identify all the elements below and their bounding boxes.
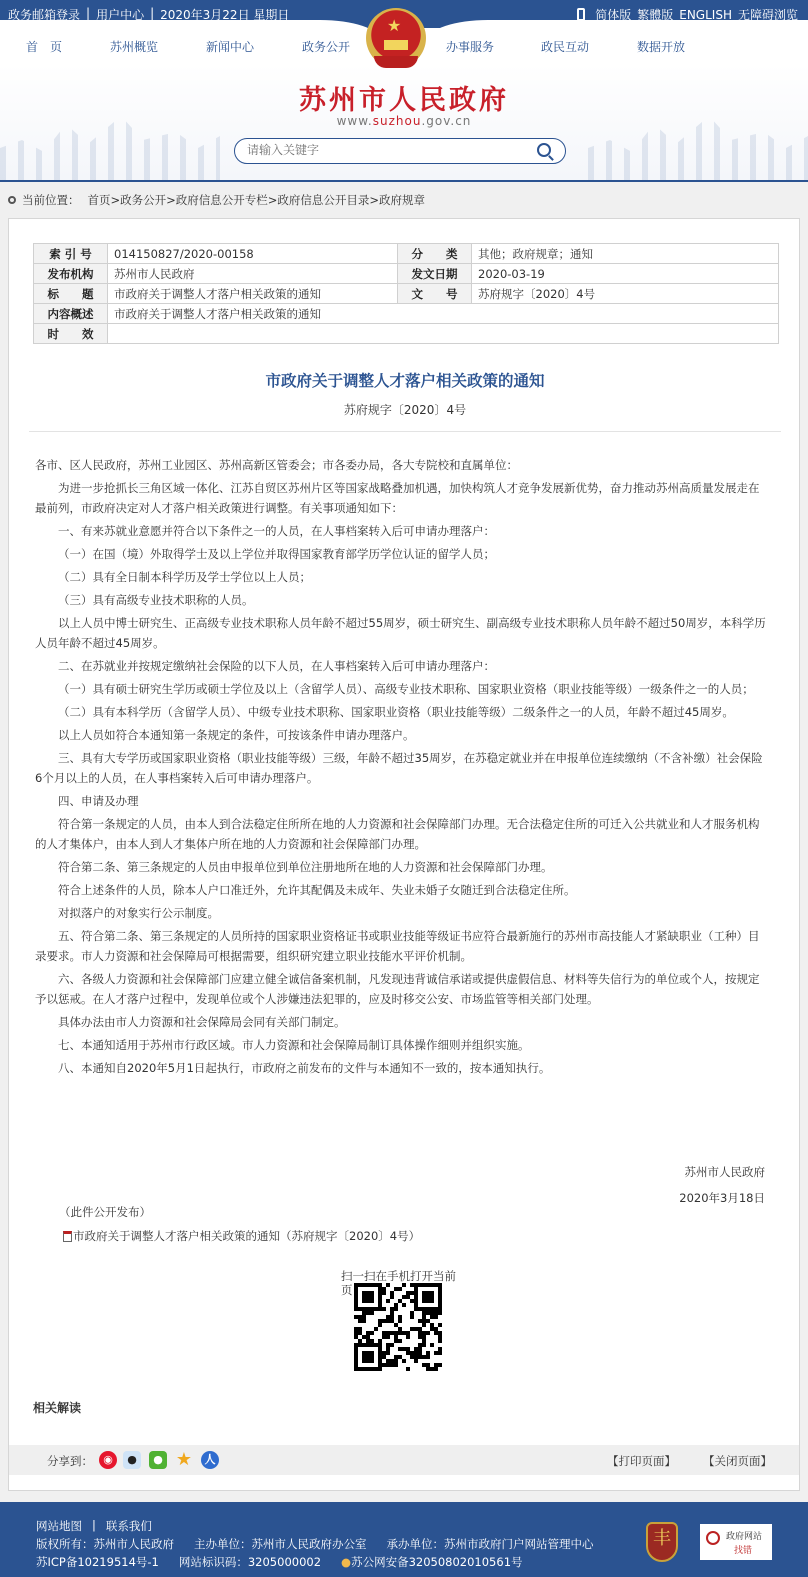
- title-label: 标 题: [34, 284, 108, 304]
- category-label: 分 类: [398, 244, 472, 264]
- site-footer: 网站地图 | 联系我们 版权所有：苏州市人民政府 主办单位：苏州市人民政府办公室…: [0, 1502, 808, 1577]
- nav-interaction[interactable]: 政民互动: [541, 38, 589, 55]
- paragraph: （一）具有硕士研究生学历或硕士学位及以上（含留学人员）、高级专业技术职称、国家职…: [35, 679, 769, 699]
- signature-block: 苏州市人民政府 2020年3月18日: [679, 1159, 765, 1211]
- index-value: 014150827/2020-00158: [108, 244, 398, 264]
- national-emblem-icon[interactable]: ★: [366, 8, 426, 68]
- paragraph: 八、本通知自2020年5月1日起执行，市政府之前发布的文件与本通知不一致的，按本…: [35, 1058, 769, 1078]
- document-body: 各市、区人民政府，苏州工业园区、苏州高新区管委会；市各委办局，各大专院校和直属单…: [35, 455, 769, 1081]
- attachment-link[interactable]: 市政府关于调整人才落户相关政策的通知（苏府规字〔2020〕4号）: [63, 1228, 420, 1244]
- url-prefix: www.: [337, 114, 373, 128]
- badge-text: 政府网站: [726, 1529, 762, 1542]
- docno-label: 文 号: [398, 284, 472, 304]
- site-url: www.suzhou.gov.cn: [0, 114, 808, 128]
- paragraph: 为进一步抢抓长三角区域一体化、江苏自贸区苏州片区等国家战略叠加机遇，加快构筑人才…: [35, 478, 769, 518]
- related-reading-title: 相关解读: [33, 1399, 81, 1416]
- search-box: [234, 138, 566, 164]
- url-domain: suzhou: [373, 114, 422, 128]
- content-panel: 索 引 号 014150827/2020-00158 分 类 其他；政府规章；通…: [8, 218, 800, 1491]
- police-record-link[interactable]: ●苏公网安备32050802010561号: [341, 1554, 522, 1570]
- paragraph: 以上人员如符合本通知第一条规定的条件，可按该条件申请办理落户。: [35, 725, 769, 745]
- date-value: 2020-03-19: [472, 264, 779, 284]
- sign-date: 2020年3月18日: [679, 1185, 765, 1211]
- search-icon[interactable]: [537, 143, 551, 157]
- paragraph: （二）具有本科学历（含留学人员）、中级专业技术职称、国家职业资格（职业技能等级）…: [35, 702, 769, 722]
- document-number: 苏府规字〔2020〕4号: [9, 401, 801, 418]
- renren-icon[interactable]: 人: [201, 1451, 219, 1469]
- nav-services[interactable]: 办事服务: [446, 38, 494, 55]
- docno-value: 苏府规字〔2020〕4号: [472, 284, 779, 304]
- paragraph: 符合第二条、第三条规定的人员由申报单位到单位注册地所在地的人力资源和社会保障部门…: [35, 857, 769, 877]
- paragraph: 四、申请及办理: [35, 791, 769, 811]
- close-page-button[interactable]: 【关闭页面】: [703, 1453, 772, 1469]
- signer: 苏州市人民政府: [679, 1159, 765, 1185]
- paragraph: 以上人员中博士研究生、正高级专业技术职称人员年龄不超过55周岁，硕士研究生、副高…: [35, 613, 769, 653]
- magnifier-icon: [706, 1531, 720, 1545]
- paragraph: （二）具有全日制本科学历及学士学位以上人员；: [35, 567, 769, 587]
- publisher-label: 发布机构: [34, 264, 108, 284]
- gov-site-error-report-button[interactable]: 政府网站 找错: [700, 1524, 772, 1560]
- contact-link[interactable]: 联系我们: [106, 1518, 152, 1534]
- paragraph: （一）在国（境）外取得学士及以上学位并取得国家教育部学历学位认证的留学人员；: [35, 544, 769, 564]
- badge-text: 找错: [734, 1543, 752, 1556]
- summary-label: 内容概述: [34, 304, 108, 324]
- category-value: 其他；政府规章；通知: [472, 244, 779, 264]
- document-title: 市政府关于调整人才落户相关政策的通知: [9, 369, 801, 391]
- wechat-icon[interactable]: ●: [149, 1451, 167, 1469]
- document-metadata-table: 索 引 号 014150827/2020-00158 分 类 其他；政府规章；通…: [33, 243, 779, 344]
- sponsor: 主办单位：苏州市人民政府办公室: [194, 1536, 367, 1552]
- site-title[interactable]: 苏州市人民政府: [0, 78, 808, 117]
- title-value: 市政府关于调整人才落户相关政策的通知: [108, 284, 398, 304]
- nav-news-center[interactable]: 新闻中心: [206, 38, 254, 55]
- breadcrumb: 当前位置： 首页>政务公开>政府信息公开专栏>政府信息公开目录>政府规章: [0, 190, 808, 210]
- operator: 承办单位：苏州市政府门户网站管理中心: [387, 1536, 594, 1552]
- url-suffix: .gov.cn: [421, 114, 471, 128]
- nav-gov-affairs[interactable]: 政务公开: [302, 38, 350, 55]
- police-badge-icon: ●: [341, 1555, 351, 1569]
- divider: [29, 431, 781, 432]
- paragraph: 具体办法由市人力资源和社会保障局会同有关部门制定。: [35, 1012, 769, 1032]
- share-label: 分享到：: [47, 1453, 93, 1469]
- paragraph: 各市、区人民政府，苏州工业园区、苏州高新区管委会；市各委办局，各大专院校和直属单…: [35, 455, 769, 475]
- qq-icon[interactable]: ●: [123, 1451, 141, 1469]
- index-label: 索 引 号: [34, 244, 108, 264]
- validity-value: [108, 324, 779, 344]
- paragraph: 符合上述条件的人员，除本人户口准迁外，允许其配偶及未成年、失业未婚子女随迁到合法…: [35, 880, 769, 900]
- icp-link[interactable]: 苏ICP备10219514号-1: [36, 1554, 159, 1570]
- paragraph: 对拟落户的对象实行公示制度。: [35, 903, 769, 923]
- copyright: 版权所有：苏州市人民政府: [36, 1536, 174, 1552]
- file-icon: [63, 1231, 72, 1242]
- validity-label: 时 效: [34, 324, 108, 344]
- public-note: （此件公开发布）: [59, 1204, 151, 1220]
- paragraph: 五、符合第二条、第三条规定的人员所持的国家职业资格证书或职业技能等级证书应符合最…: [35, 926, 769, 966]
- sitemap-link[interactable]: 网站地图: [36, 1518, 82, 1534]
- separator: |: [92, 1518, 96, 1534]
- paragraph: 七、本通知适用于苏州市行政区域。市人力资源和社会保障局制订具体操作细则并组织实施…: [35, 1035, 769, 1055]
- party-gov-badge-icon[interactable]: 丰: [646, 1522, 678, 1562]
- paragraph: 符合第一条规定的人员，由本人到合法稳定住所所在地的人力资源和社会保障部门办理。无…: [35, 814, 769, 854]
- search-input[interactable]: [247, 143, 527, 157]
- paragraph: 六、各级人力资源和社会保障部门应建立健全诚信备案机制，凡发现违背诚信承诺或提供虚…: [35, 969, 769, 1009]
- qr-code: [354, 1283, 442, 1371]
- location-pin-icon: [8, 196, 16, 204]
- date-label: 发文日期: [398, 264, 472, 284]
- publisher-value: 苏州市人民政府: [108, 264, 398, 284]
- nav-suzhou-overview[interactable]: 苏州概览: [110, 38, 158, 55]
- police-record-text: 苏公网安备32050802010561号: [351, 1555, 522, 1569]
- nav-home[interactable]: 首 页: [26, 38, 62, 55]
- weibo-icon[interactable]: ◉: [99, 1451, 117, 1469]
- print-page-button[interactable]: 【打印页面】: [607, 1453, 676, 1469]
- site-code: 网站标识码：3205000002: [179, 1554, 321, 1570]
- share-bar: 分享到： ◉ ● ● ★ 人 【打印页面】 【关闭页面】: [9, 1445, 799, 1475]
- nav-open-data[interactable]: 数据开放: [637, 38, 685, 55]
- breadcrumb-label: 当前位置：: [22, 192, 80, 208]
- paragraph: 三、具有大专学历或国家职业资格（职业技能等级）三级，年龄不超过35周岁，在苏稳定…: [35, 748, 769, 788]
- attachment-label[interactable]: 市政府关于调整人才落户相关政策的通知（苏府规字〔2020〕4号）: [73, 1228, 420, 1244]
- summary-value: 市政府关于调整人才落户相关政策的通知: [108, 304, 779, 324]
- breadcrumb-path[interactable]: 首页>政务公开>政府信息公开专栏>政府信息公开目录>政府规章: [88, 192, 426, 208]
- paragraph: （三）具有高级专业技术职称的人员。: [35, 590, 769, 610]
- paragraph: 二、在苏就业并按规定缴纳社会保险的以下人员，在人事档案转入后可申请办理落户：: [35, 656, 769, 676]
- qzone-icon[interactable]: ★: [175, 1451, 193, 1469]
- paragraph: 一、有来苏就业意愿并符合以下条件之一的人员，在人事档案转入后可申请办理落户：: [35, 521, 769, 541]
